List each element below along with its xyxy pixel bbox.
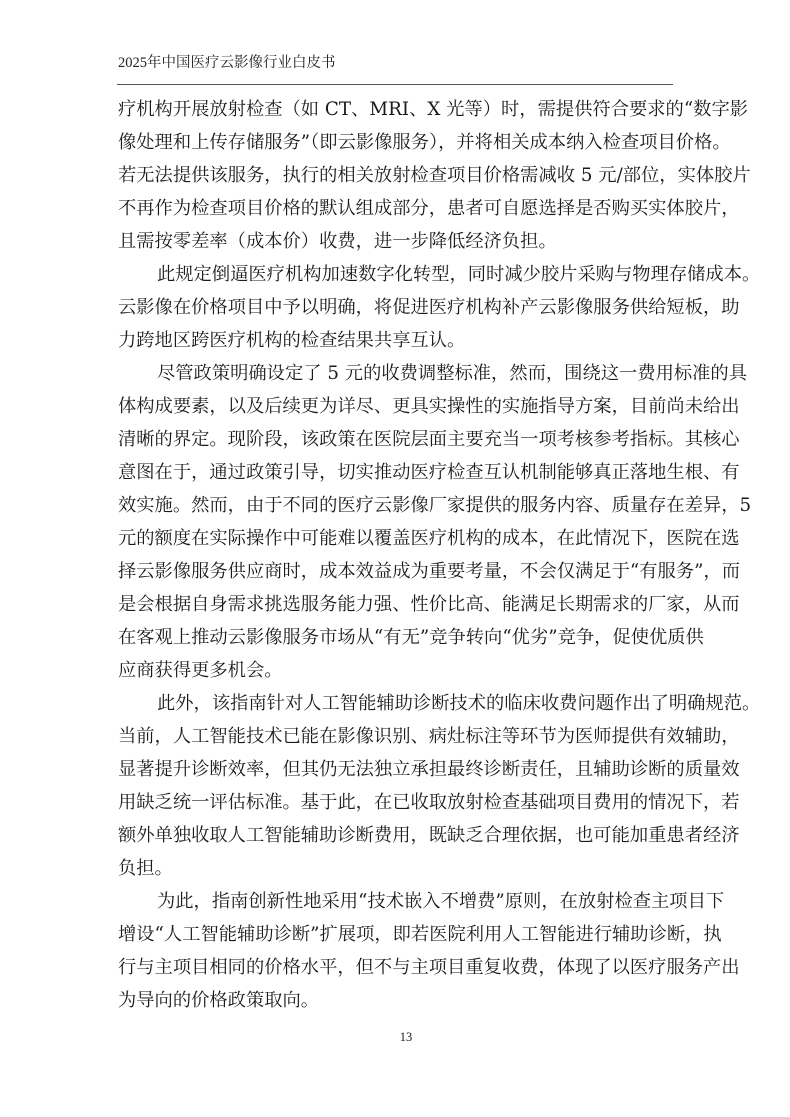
text-line: 择云影像服务供应商时，成本效益成为重要考量，不会仅满足于“有服务”，而	[118, 555, 674, 588]
text-line: 效实施。然而，由于不同的医疗云影像厂家提供的服务内容、质量存在差异，5	[118, 489, 674, 522]
text-line: 像处理和上传存储服务”（即云影像服务），并将相关成本纳入检查项目价格。	[118, 126, 674, 159]
text-line: 疗机构开展放射检查（如 CT、MRI、X 光等）时，需提供符合要求的“数字影	[118, 93, 674, 126]
text-line: 清晰的界定。现阶段，该政策在医院层面主要充当一项考核参考指标。其核心	[118, 423, 674, 456]
text-line: 当前，人工智能技术已能在影像识别、病灶标注等环节为医师提供有效辅助，	[118, 720, 674, 753]
text-line: 是会根据自身需求挑选服务能力强、性价比高、能满足长期需求的厂家，从而	[118, 588, 674, 621]
paragraph: 尽管政策明确设定了 5 元的收费调整标准，然而，围绕这一费用标准的具 体构成要素…	[118, 357, 674, 687]
text-line: 尽管政策明确设定了 5 元的收费调整标准，然而，围绕这一费用标准的具	[118, 357, 674, 390]
text-line: 应商获得更多机会。	[118, 654, 674, 687]
paragraph: 此外，该指南针对人工智能辅助诊断技术的临床收费问题作出了明确规范。 当前，人工智…	[118, 687, 674, 885]
text-line: 体构成要素，以及后续更为详尽、更具实操性的实施指导方案，目前尚未给出	[118, 390, 674, 423]
document-body: 疗机构开展放射检查（如 CT、MRI、X 光等）时，需提供符合要求的“数字影 像…	[118, 93, 674, 1017]
text-line: 不再作为检查项目价格的默认组成部分，患者可自愿选择是否购买实体胶片，	[118, 192, 674, 225]
document-page: 2025年中国医疗云影像行业白皮书 疗机构开展放射检查（如 CT、MRI、X 光…	[0, 0, 790, 1117]
paragraph: 此规定倒逼医疗机构加速数字化转型，同时减少胶片采购与物理存储成本。 云影像在价格…	[118, 258, 674, 357]
text-line: 此规定倒逼医疗机构加速数字化转型，同时减少胶片采购与物理存储成本。	[118, 258, 674, 291]
text-line: 为此，指南创新性地采用“技术嵌入不增费”原则，在放射检查主项目下	[118, 885, 674, 918]
text-line: 增设“人工智能辅助诊断”扩展项，即若医院利用人工智能进行辅助诊断，执	[118, 918, 674, 951]
header-divider	[117, 84, 673, 85]
text-line: 行与主项目相同的价格水平，但不与主项目重复收费，体现了以医疗服务产出	[118, 951, 674, 984]
text-line: 负担。	[118, 852, 674, 885]
text-line: 且需按零差率（成本价）收费，进一步降低经济负担。	[118, 225, 674, 258]
text-line: 力跨地区跨医疗机构的检查结果共享互认。	[118, 324, 674, 357]
paragraph: 疗机构开展放射检查（如 CT、MRI、X 光等）时，需提供符合要求的“数字影 像…	[118, 93, 674, 258]
text-line: 显著提升诊断效率，但其仍无法独立承担最终诊断责任，且辅助诊断的质量效	[118, 753, 674, 786]
paragraph: 为此，指南创新性地采用“技术嵌入不增费”原则，在放射检查主项目下 增设“人工智能…	[118, 885, 674, 1017]
text-line: 云影像在价格项目中予以明确，将促进医疗机构补产云影像服务供给短板，助	[118, 291, 674, 324]
page-number: 13	[0, 1029, 790, 1045]
running-header-title: 2025年中国医疗云影像行业白皮书	[118, 53, 336, 73]
text-line: 用缺乏统一评估标准。基于此，在已收取放射检查基础项目费用的情况下，若	[118, 786, 674, 819]
text-line: 意图在于，通过政策引导，切实推动医疗检查互认机制能够真正落地生根、有	[118, 456, 674, 489]
text-line: 若无法提供该服务，执行的相关放射检查项目价格需减收 5 元/部位，实体胶片	[118, 159, 674, 192]
text-line: 在客观上推动云影像服务市场从“有无”竞争转向“优劣”竞争，促使优质供	[118, 621, 674, 654]
text-line: 为导向的价格政策取向。	[118, 984, 674, 1017]
text-line: 额外单独收取人工智能辅助诊断费用，既缺乏合理依据，也可能加重患者经济	[118, 819, 674, 852]
text-line: 元的额度在实际操作中可能难以覆盖医疗机构的成本，在此情况下，医院在选	[118, 522, 674, 555]
text-line: 此外，该指南针对人工智能辅助诊断技术的临床收费问题作出了明确规范。	[118, 687, 674, 720]
